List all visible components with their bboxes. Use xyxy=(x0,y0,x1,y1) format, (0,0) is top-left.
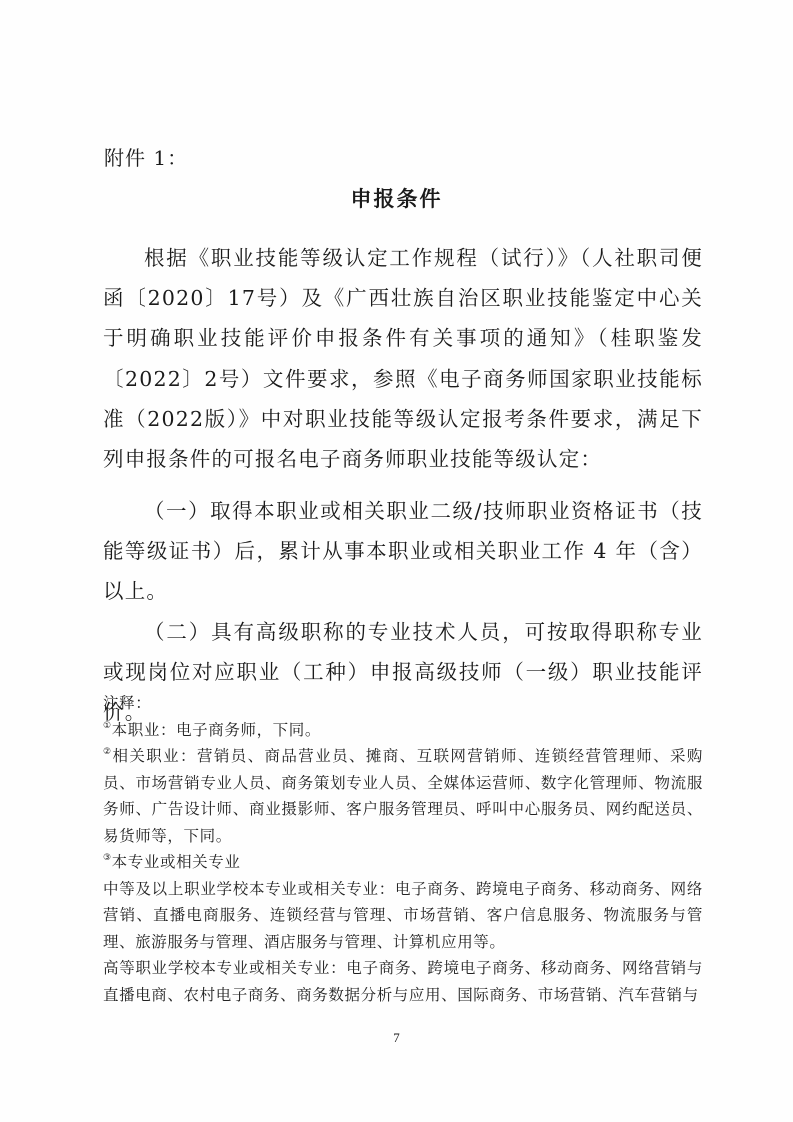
page-number: 7 xyxy=(0,1030,793,1046)
intro-paragraph: 根据《职业技能等级认定工作规程（试行）》（人社职司便函〔2020〕17号）及《广… xyxy=(103,238,703,479)
note-marker-1: ① xyxy=(103,721,112,731)
notes-section: 注释： ①本职业：电子商务师，下同。 ②相关职业：营销员、商品营业员、摊商、互联… xyxy=(103,690,703,1008)
condition-1: （一）取得本职业或相关职业二级/技师职业资格证书（技能等级证书）后，累计从事本职… xyxy=(103,491,703,612)
attachment-label: 附件 1： xyxy=(104,142,188,174)
note-marker-3: ③ xyxy=(103,853,112,863)
note-text-1: 本职业：电子商务师，下同。 xyxy=(112,721,321,739)
note-text-3: 本专业或相关专业 xyxy=(112,853,241,871)
document-page: 附件 1： 申报条件 根据《职业技能等级认定工作规程（试行）》（人社职司便函〔2… xyxy=(0,0,793,1122)
higher-schools-majors: 高等职业学校本专业或相关专业：电子商务、跨境电子商务、移动商务、网络营销与直播电… xyxy=(103,955,703,1008)
note-item-1: ①本职业：电子商务师，下同。 xyxy=(103,717,703,744)
document-title: 申报条件 xyxy=(0,183,793,215)
note-item-2: ②相关职业：营销员、商品营业员、摊商、互联网营销师、连锁经营管理师、采购员、市场… xyxy=(103,743,703,849)
note-text-2: 相关职业：营销员、商品营业员、摊商、互联网营销师、连锁经营管理师、采购员、市场营… xyxy=(103,747,703,845)
note-item-3: ③本专业或相关专业 xyxy=(103,849,703,876)
intro-text: 根据《职业技能等级认定工作规程（试行）》（人社职司便函〔2020〕17号）及《广… xyxy=(103,238,703,479)
condition-1-text: （一）取得本职业或相关职业二级/技师职业资格证书（技能等级证书）后，累计从事本职… xyxy=(103,491,703,612)
notes-heading: 注释： xyxy=(103,690,703,717)
secondary-schools-majors: 中等及以上职业学校本专业或相关专业：电子商务、跨境电子商务、移动商务、网络营销、… xyxy=(103,876,703,956)
